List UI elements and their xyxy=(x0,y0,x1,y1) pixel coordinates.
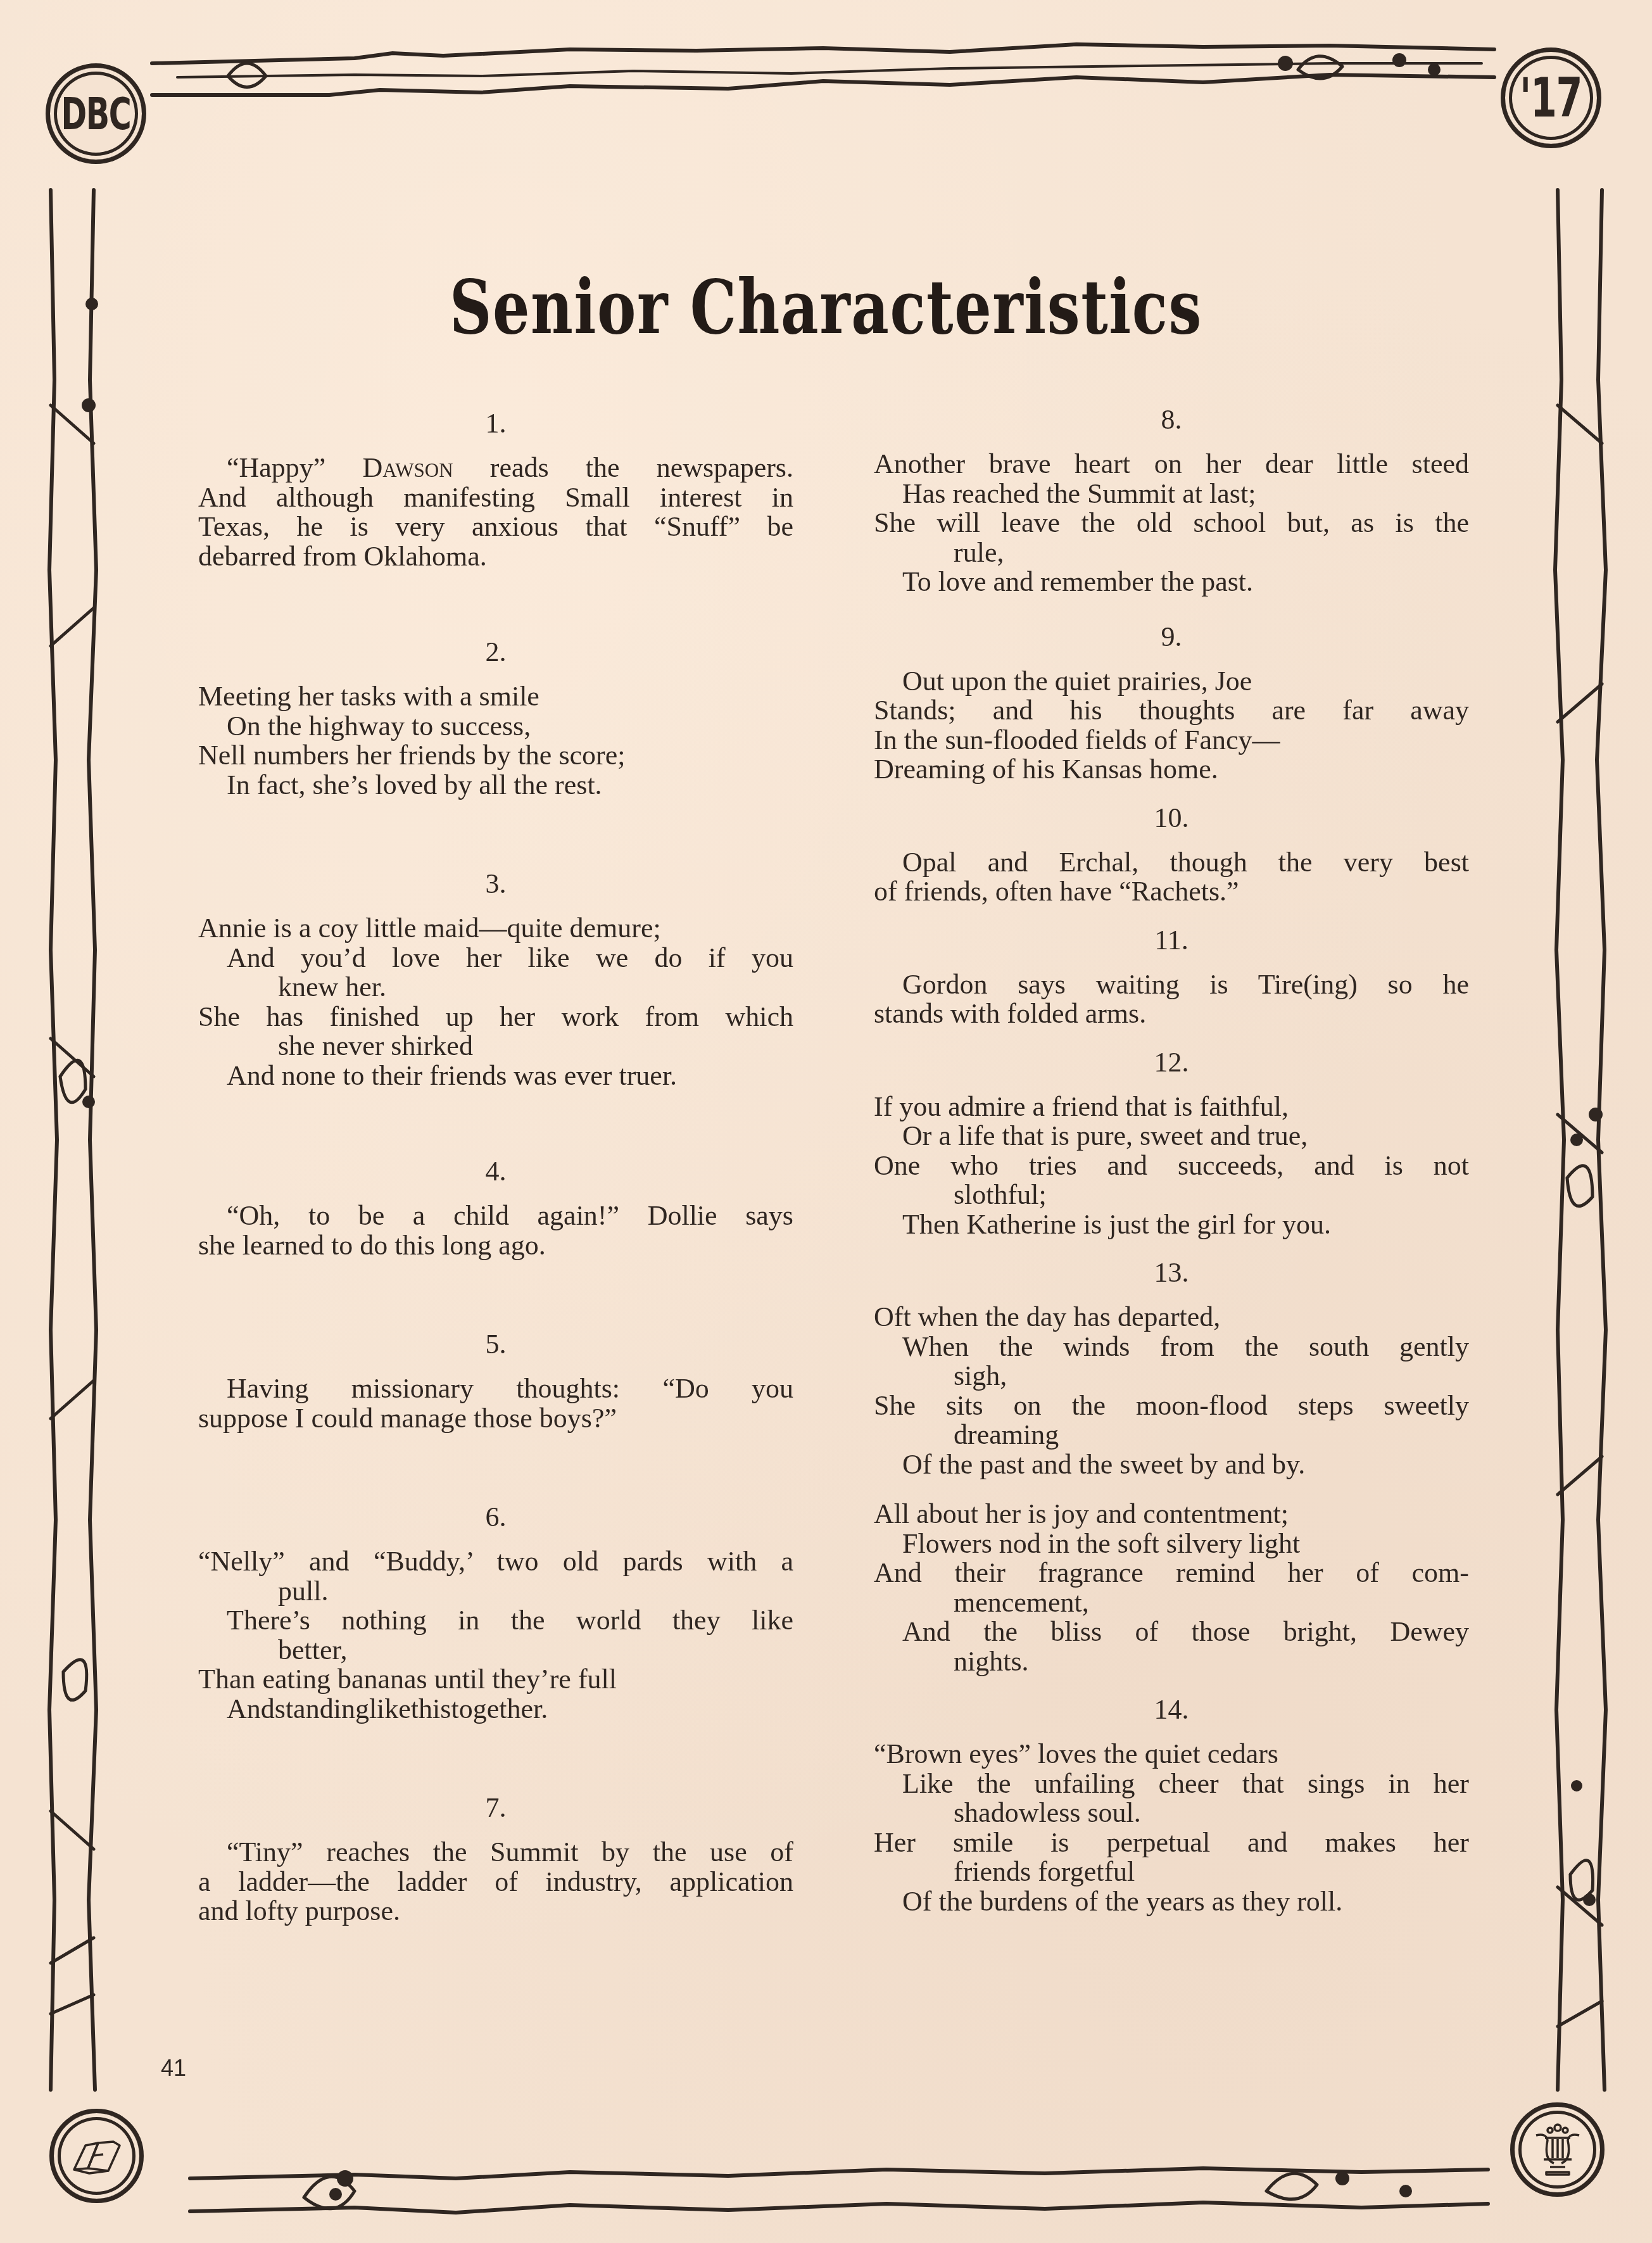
verse-line: Or a life that is pure, sweet and true, xyxy=(874,1121,1469,1151)
verse-line: In the sun-flooded fields of Fancy— xyxy=(874,726,1469,755)
verse-line: slothful; xyxy=(874,1180,1469,1210)
verse-line: “Happy” Dawson reads the newspapers. xyxy=(198,453,793,483)
medallion-top-right: '17 xyxy=(1501,47,1601,148)
verse-line: And the bliss of those bright, Dewey xyxy=(874,1617,1469,1647)
right-column: 8.Another brave heart on her dear little… xyxy=(874,405,1469,1916)
verse-line: Opal and Erchal, though the very best xyxy=(874,848,1469,878)
verse-line: Flowers nod in the soft silvery light xyxy=(874,1529,1469,1559)
page-title: Senior Characteristics xyxy=(182,263,1470,351)
verse-line: a ladder—the ladder of industry, applica… xyxy=(198,1867,793,1897)
verse-line: Then Katherine is just the girl for you. xyxy=(874,1210,1469,1240)
characteristic-entry: 1.“Happy” Dawson reads the newspapers.An… xyxy=(198,409,793,571)
verse-line: Meeting her tasks with a smile xyxy=(198,682,793,712)
year-monogram: '17 xyxy=(1520,66,1582,130)
verse-line: debarred from Oklahoma. xyxy=(198,542,793,572)
verse-line: Another brave heart on her dear little s… xyxy=(874,450,1469,479)
verse-line: dreaming xyxy=(874,1420,1469,1450)
lyre-icon xyxy=(1532,2121,1583,2178)
verse-line: Her smile is perpetual and makes her xyxy=(874,1828,1469,1858)
verse-line: Has reached the Summit at last; xyxy=(874,479,1469,509)
verse-line: Andstandinglikethistogether. xyxy=(198,1695,793,1724)
verse-line: And you’d love her like we do if you xyxy=(198,944,793,973)
entry-number: 14. xyxy=(874,1695,1469,1724)
verse-line: If you admire a friend that is faithful, xyxy=(874,1092,1469,1122)
open-book-icon xyxy=(72,2137,122,2176)
verse-line: friends forgetful xyxy=(874,1857,1469,1887)
entry-number: 13. xyxy=(874,1258,1469,1287)
verse-line: Out upon the quiet prairies, Joe xyxy=(874,667,1469,697)
verse-line: “Oh, to be a child again!” Dollie says xyxy=(198,1201,793,1231)
characteristic-entry: 10.Opal and Erchal, though the very best… xyxy=(874,804,1469,907)
entry-number: 5. xyxy=(198,1330,793,1359)
characteristic-entry: 5.Having missionary thoughts: “Do yousup… xyxy=(198,1330,793,1433)
medallion-top-left: DBC xyxy=(46,63,146,164)
verse-line: better, xyxy=(198,1636,793,1665)
verse-line: And none to their friends was ever truer… xyxy=(198,1061,793,1091)
characteristic-entry: 9.Out upon the quiet prairies, JoeStands… xyxy=(874,622,1469,785)
characteristic-entry: 2.Meeting her tasks with a smileOn the h… xyxy=(198,638,793,800)
name-small-caps: Dawson xyxy=(363,452,453,483)
verse-line: She sits on the moon-flood steps sweetly xyxy=(874,1391,1469,1421)
verse-line: suppose I could manage those boys?” xyxy=(198,1404,793,1434)
verse-line: There’s nothing in the world they like xyxy=(198,1606,793,1636)
verse-line: rule, xyxy=(874,538,1469,568)
entry-number: 9. xyxy=(874,622,1469,652)
characteristic-entry: 14.“Brown eyes” loves the quiet cedarsLi… xyxy=(874,1695,1469,1916)
verse-line: mencement, xyxy=(874,1588,1469,1618)
verse-line: When the winds from the south gently xyxy=(874,1332,1469,1362)
entry-number: 2. xyxy=(198,638,793,667)
characteristic-entry: 11.Gordon says waiting is Tire(ing) so h… xyxy=(874,926,1469,1029)
verse-line: To love and remember the past. xyxy=(874,567,1469,597)
verse-line: Dreaming of his Kansas home. xyxy=(874,755,1469,785)
characteristic-entry: 3.Annie is a coy little maid—quite demur… xyxy=(198,869,793,1090)
verse-line: And their fragrance remind her of com- xyxy=(874,1558,1469,1588)
verse-line: shadowless soul. xyxy=(874,1798,1469,1828)
verse-line: Oft when the day has departed, xyxy=(874,1303,1469,1332)
characteristic-entry: 7.“Tiny” reaches the Summit by the use o… xyxy=(198,1793,793,1926)
verse-line: All about her is joy and contentment; xyxy=(874,1500,1469,1529)
verse-line: Gordon says waiting is Tire(ing) so he xyxy=(874,970,1469,1000)
verse-line: Nell numbers her friends by the score; xyxy=(198,741,793,771)
verse-line: “Tiny” reaches the Summit by the use of xyxy=(198,1838,793,1867)
left-column: 1.“Happy” Dawson reads the newspapers.An… xyxy=(198,409,793,1926)
characteristic-entry: 6.“Nelly” and “Buddy,’ two old pards wit… xyxy=(198,1503,793,1724)
verse-line: She will leave the old school but, as is… xyxy=(874,509,1469,538)
verse-line: Like the unfailing cheer that sings in h… xyxy=(874,1769,1469,1799)
entry-number: 8. xyxy=(874,405,1469,434)
characteristic-entry: 4.“Oh, to be a child again!” Dollie says… xyxy=(198,1157,793,1260)
verse-line: She has finished up her work from which xyxy=(198,1002,793,1032)
dbc-monogram: DBC xyxy=(61,88,131,140)
entry-number: 7. xyxy=(198,1793,793,1823)
verse-line: Annie is a coy little maid—quite demure; xyxy=(198,914,793,944)
verse-line: Having missionary thoughts: “Do you xyxy=(198,1374,793,1404)
verse-line: and lofty purpose. xyxy=(198,1897,793,1926)
entry-number: 12. xyxy=(874,1048,1469,1077)
characteristic-entry: 12.If you admire a friend that is faithf… xyxy=(874,1048,1469,1240)
verse-line: Of the past and the sweet by and by. xyxy=(874,1450,1469,1480)
verse-line: And although manifesting Small interest … xyxy=(198,483,793,513)
entry-number: 4. xyxy=(198,1157,793,1186)
entry-number: 1. xyxy=(198,409,793,438)
entry-number: 11. xyxy=(874,926,1469,955)
entry-number: 3. xyxy=(198,869,793,899)
verse-line: nights. xyxy=(874,1647,1469,1677)
characteristic-entry: 8.Another brave heart on her dear little… xyxy=(874,405,1469,597)
verse-line: “Brown eyes” loves the quiet cedars xyxy=(874,1740,1469,1769)
verse-line: of friends, often have “Rachets.” xyxy=(874,877,1469,907)
stanza-break xyxy=(874,1479,1469,1500)
verse-line: “Nelly” and “Buddy,’ two old pards with … xyxy=(198,1547,793,1577)
entry-number: 6. xyxy=(198,1503,793,1532)
verse-line: In fact, she’s loved by all the rest. xyxy=(198,771,793,800)
verse-line: One who tries and succeeds, and is not xyxy=(874,1151,1469,1181)
entry-number: 10. xyxy=(874,804,1469,833)
medallion-bottom-left xyxy=(49,2109,144,2203)
verse-line: sigh, xyxy=(874,1362,1469,1391)
verse-line: Texas, he is very anxious that “Snuff” b… xyxy=(198,512,793,542)
verse-line: Stands; and his thoughts are far away xyxy=(874,696,1469,726)
medallion-bottom-right xyxy=(1510,2102,1605,2197)
verse-line: stands with folded arms. xyxy=(874,999,1469,1029)
verse-line: knew her. xyxy=(198,973,793,1002)
verse-line: she never shirked xyxy=(198,1032,793,1061)
verse-line: she learned to do this long ago. xyxy=(198,1231,793,1261)
page-number: 41 xyxy=(161,2055,186,2082)
verse-line: Of the burdens of the years as they roll… xyxy=(874,1887,1469,1917)
verse-line: pull. xyxy=(198,1577,793,1607)
verse-line: Than eating bananas until they’re full xyxy=(198,1665,793,1695)
verse-line: On the highway to success, xyxy=(198,712,793,742)
characteristic-entry: 13.Oft when the day has departed,When th… xyxy=(874,1258,1469,1676)
